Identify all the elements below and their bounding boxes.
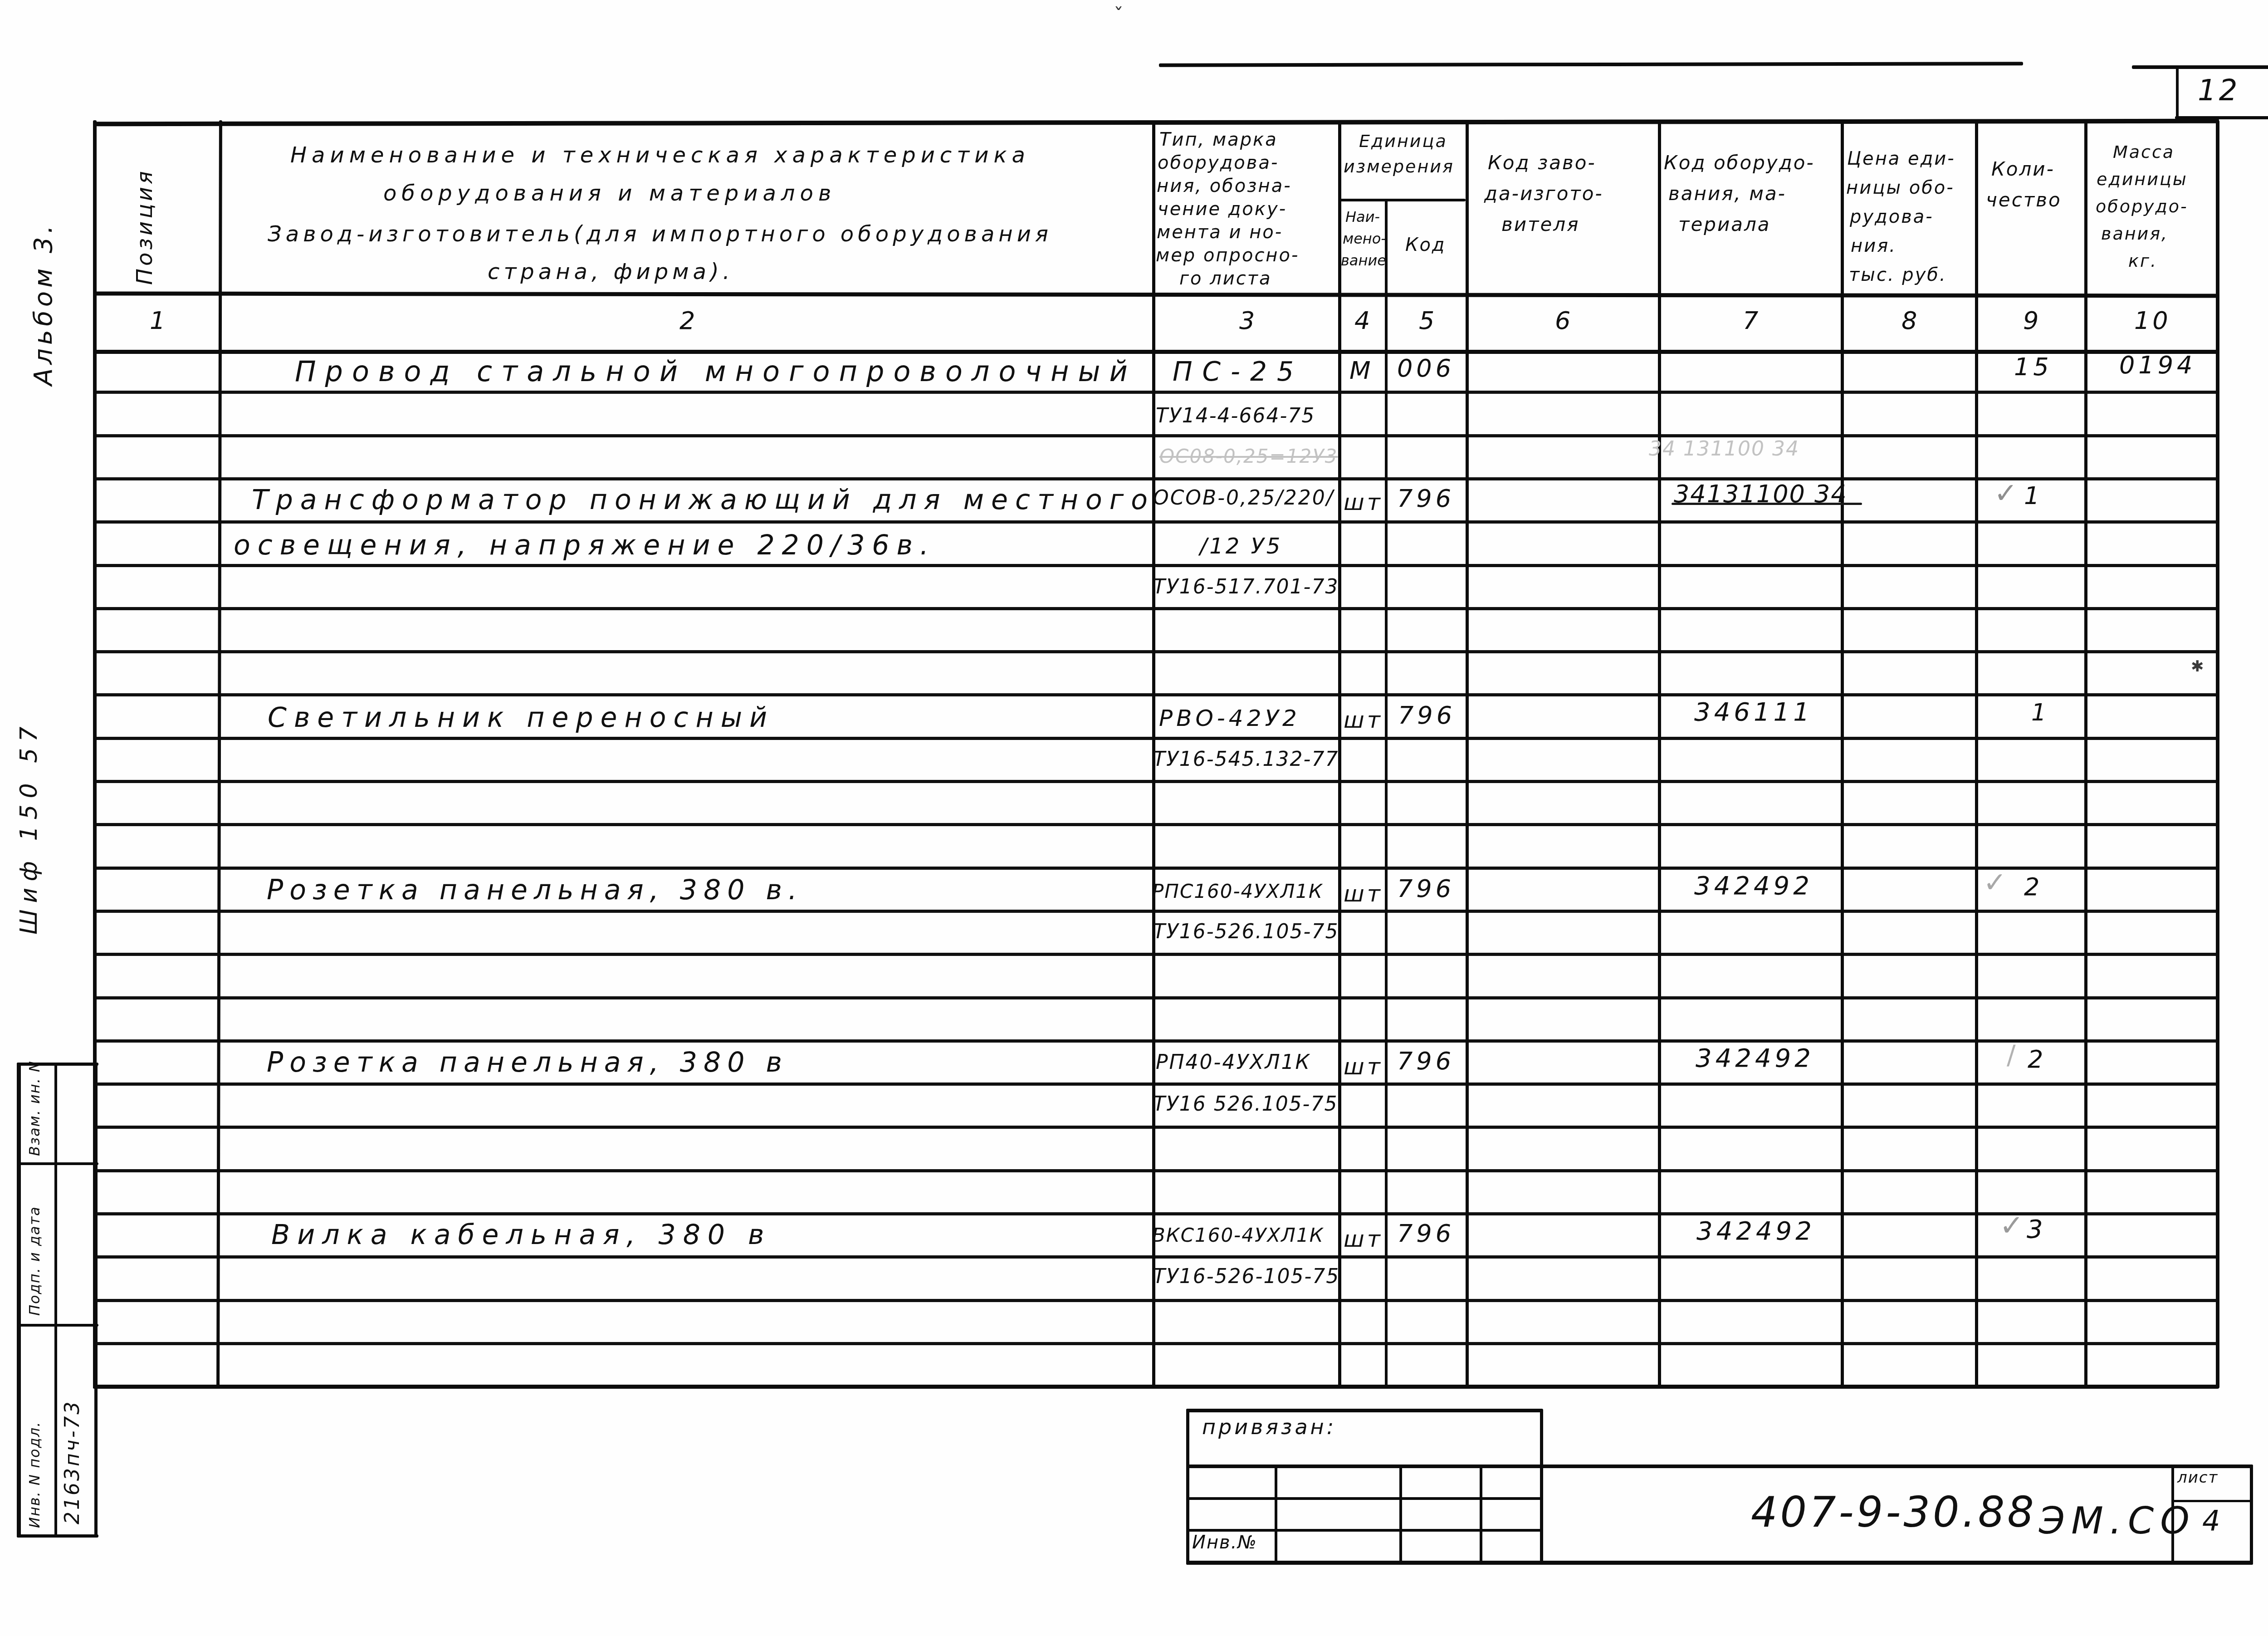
item-type: РВО-42У2 — [1159, 707, 1300, 730]
item-equip-code: 346111 — [1694, 700, 1813, 725]
pencil-check-mark: ✓ — [1994, 479, 2018, 507]
titleblock-top-line — [1186, 1465, 2253, 1468]
item-unit: шт — [1344, 1228, 1383, 1250]
inventory-number-label: Инв.№ — [1192, 1533, 1257, 1552]
privyazan-box-line — [1186, 1409, 1543, 1412]
header-mass-line: Масса — [2113, 143, 2175, 161]
header-unit-name-line: Наи- — [1345, 210, 1380, 224]
header-name-line2: оборудования и материалов — [383, 182, 836, 204]
table-col-border — [2084, 120, 2087, 1388]
privyazan-box-line — [1480, 1465, 1482, 1565]
unit-group-split-line — [1338, 199, 1466, 201]
item-doc: ТУ16-526-105-75 — [1153, 1267, 1339, 1287]
stamp-code: 2163пч-73 — [63, 1400, 83, 1524]
stamp-strip-line — [17, 1324, 98, 1327]
top-rule — [1159, 62, 2023, 67]
table-col-border — [1466, 120, 1469, 1388]
item-type: /12 У5 — [1200, 535, 1282, 557]
item-type: ПС-25 — [1173, 358, 1304, 385]
item-mass: 0194 — [2119, 353, 2196, 377]
document-number: 407-9-30.88 — [1751, 1492, 2037, 1533]
table-col-border — [1841, 120, 1844, 1388]
header-unit-name-line: мено- — [1343, 231, 1386, 246]
header-price-line: ния. — [1851, 237, 1897, 255]
header-type-line: оборудова- — [1158, 154, 1279, 172]
stamp-strip-line — [17, 1534, 98, 1538]
item-doc: ТУ16-545.132-77 — [1153, 749, 1339, 769]
header-equip-code-line: Код оборудо- — [1664, 153, 1815, 172]
item-qty: 1 — [2031, 701, 2050, 725]
item-type: ОСОВ-0,25/220/ — [1153, 488, 1334, 508]
shifr-side-note: Шиф 150 57 — [17, 720, 41, 935]
table-col-border — [2216, 120, 2219, 1388]
item-doc: ТУ14-4-664-75 — [1156, 406, 1315, 426]
header-name-line1: Наименование и техническая характеристик… — [290, 144, 1030, 166]
column-number: 5 — [1419, 309, 1437, 333]
item-type: ВКС160-4УХЛ1К — [1152, 1226, 1324, 1245]
titleblock-right-border — [2250, 1465, 2253, 1565]
sheet-label: лист — [2177, 1470, 2218, 1485]
item-unit-code: 796 — [1397, 1049, 1455, 1073]
page-number-box-top — [2132, 65, 2268, 69]
item-type: РП40-4УХЛ1К — [1156, 1053, 1311, 1073]
stamp-strip-line — [17, 1162, 98, 1165]
top-tick-mark: ˇ — [1114, 6, 1124, 26]
header-type-line: мер опросно- — [1156, 246, 1299, 265]
header-mass-line: кг. — [2128, 252, 2157, 269]
item-name: Трансформатор понижающий для местного — [252, 486, 1155, 514]
table-col-border — [93, 120, 97, 1388]
header-price-line: Цена еди- — [1847, 150, 1955, 168]
column-number: 10 — [2134, 309, 2171, 333]
header-bottom-line — [93, 292, 2219, 298]
stamp-strip-line — [54, 1063, 57, 1538]
table-top-border — [93, 119, 2219, 127]
item-name: Светильник переносный — [268, 704, 774, 731]
header-type-line: ния, обозна- — [1157, 177, 1292, 195]
header-equip-code-line: вания, ма- — [1668, 184, 1786, 203]
item-unit: шт — [1344, 1055, 1383, 1078]
album-side-note: Альбом 3. — [31, 222, 56, 386]
column-number: 7 — [1743, 309, 1761, 333]
privyazan-box-line — [1399, 1465, 1402, 1565]
item-qty: 1 — [2024, 484, 2043, 508]
column-number: 2 — [679, 309, 698, 333]
header-mass-line: единицы — [2097, 171, 2188, 188]
scanned-specification-sheet: ˇ 12 Альбом 3. Шиф 150 57 Взам. ин. N По… — [0, 0, 2268, 1636]
titleblock-bottom-line — [1186, 1561, 2253, 1565]
header-type-line: чение доку- — [1158, 200, 1287, 218]
header-unit-group-line2: измерения — [1344, 158, 1454, 175]
sheet-number: 4 — [2202, 1507, 2223, 1535]
header-unit-name-line: вание — [1341, 253, 1386, 268]
stamp-inv-label: Инв. N подл. — [27, 1421, 42, 1528]
header-factory-code-line: вителя — [1501, 215, 1579, 234]
item-doc: ТУ16 526.105-75 — [1153, 1094, 1338, 1114]
item-qty: 3 — [2027, 1217, 2047, 1242]
header-mass-line: вания, — [2101, 225, 2168, 242]
pencil-check-mark: ✓ — [1983, 868, 2007, 896]
header-position-label: Позиция — [134, 168, 156, 285]
column-number: 3 — [1239, 309, 1257, 333]
privyazan-box-line — [1186, 1409, 1189, 1565]
header-price-line: ницы обо- — [1846, 179, 1955, 197]
item-unit: М — [1349, 358, 1374, 383]
item-unit-code: 796 — [1397, 1221, 1455, 1246]
item-equip-code: 342492 — [1694, 873, 1813, 899]
privyazan-label: привязан: — [1202, 1416, 1336, 1437]
pencil-check-mark: ✓ — [1999, 1211, 2024, 1240]
item-equip-code: 342492 — [1696, 1046, 1814, 1071]
header-qty-line: чество — [1986, 191, 2062, 210]
header-type-line: мента и но- — [1157, 223, 1283, 241]
column-number: 9 — [2023, 309, 2041, 333]
header-factory-code-line: Код заво- — [1488, 153, 1596, 172]
page-number-box-left — [2176, 65, 2179, 119]
margin-scribble-mark: ✱ — [2191, 659, 2204, 674]
item-name: Розетка панельная, 380 в. — [267, 877, 803, 904]
header-name-line4: страна, фирма). — [488, 261, 734, 283]
table-col-border — [1385, 200, 1388, 1388]
item-unit-code: 796 — [1397, 877, 1455, 901]
erased-entry-code: 34 131100 34 — [1649, 439, 1799, 459]
item-unit: шт — [1344, 491, 1383, 514]
erased-entry-type: ОС08-0,25=12У3 — [1159, 447, 1338, 466]
item-name: освещения, напряжение 220/36в. — [234, 532, 936, 559]
item-equip-code: 342492 — [1696, 1219, 1815, 1244]
stamp-podp-label: Подп. и дата — [27, 1206, 42, 1316]
item-unit: шт — [1344, 882, 1383, 905]
item-qty: 2 — [2024, 875, 2043, 899]
header-factory-code-line: да-изгото- — [1484, 184, 1603, 203]
header-price-line: тыс. руб. — [1849, 266, 1947, 284]
item-qty: 2 — [2028, 1047, 2047, 1072]
privyazan-box-line — [1186, 1497, 1543, 1500]
header-price-line: рудова- — [1850, 208, 1934, 226]
privyazan-box-line — [1540, 1409, 1543, 1565]
header-type-line: го листа — [1179, 269, 1272, 288]
column-number: 4 — [1354, 309, 1373, 333]
stamp-strip-line — [17, 1063, 21, 1538]
pencil-slash-mark: ∕ — [2007, 1042, 2016, 1068]
item-name: Провод стальной многопроволочный — [295, 358, 1137, 386]
table-bottom-border — [93, 1385, 2219, 1389]
header-name-line3: Завод-изготовитель(для импортного оборуд… — [268, 223, 1052, 245]
table-col-border — [1975, 120, 1978, 1388]
header-unit-group-line1: Единица — [1359, 132, 1447, 150]
item-unit-code: 796 — [1397, 486, 1455, 511]
column-number: 6 — [1555, 309, 1573, 333]
header-mass-line: оборудо- — [2096, 198, 2188, 215]
header-equip-code-line: териала — [1678, 215, 1771, 234]
privyazan-box-line — [1275, 1465, 1277, 1565]
column-number: 1 — [150, 309, 168, 333]
department-code: ЭМ.СО — [2039, 1503, 2196, 1540]
privyazan-box-line — [1186, 1529, 1543, 1532]
item-type: РПС160-4УХЛ1К — [1152, 882, 1323, 901]
item-name: Розетка панельная, 380 в — [267, 1049, 788, 1076]
item-unit: шт — [1344, 709, 1383, 731]
stamp-vzam-label: Взам. ин. N — [27, 1060, 42, 1156]
header-unit-code-label: Код — [1405, 236, 1446, 254]
item-name: Вилка кабельная, 380 в — [271, 1221, 771, 1249]
item-qty: 15 — [2014, 355, 2053, 379]
header-type-line: Тип, марка — [1159, 131, 1278, 149]
page-number: 12 — [2198, 76, 2240, 105]
item-unit-code: 796 — [1398, 703, 1456, 728]
header-qty-line: Коли- — [1991, 160, 2055, 179]
column-number: 8 — [1901, 309, 1920, 333]
item-unit-code: 006 — [1397, 356, 1455, 381]
table-col-border — [1658, 120, 1661, 1388]
item-doc: ТУ16-517.701-73 — [1153, 577, 1339, 597]
item-doc: ТУ16-526.105-75 — [1153, 922, 1339, 942]
strikethrough-line — [1672, 503, 1862, 505]
